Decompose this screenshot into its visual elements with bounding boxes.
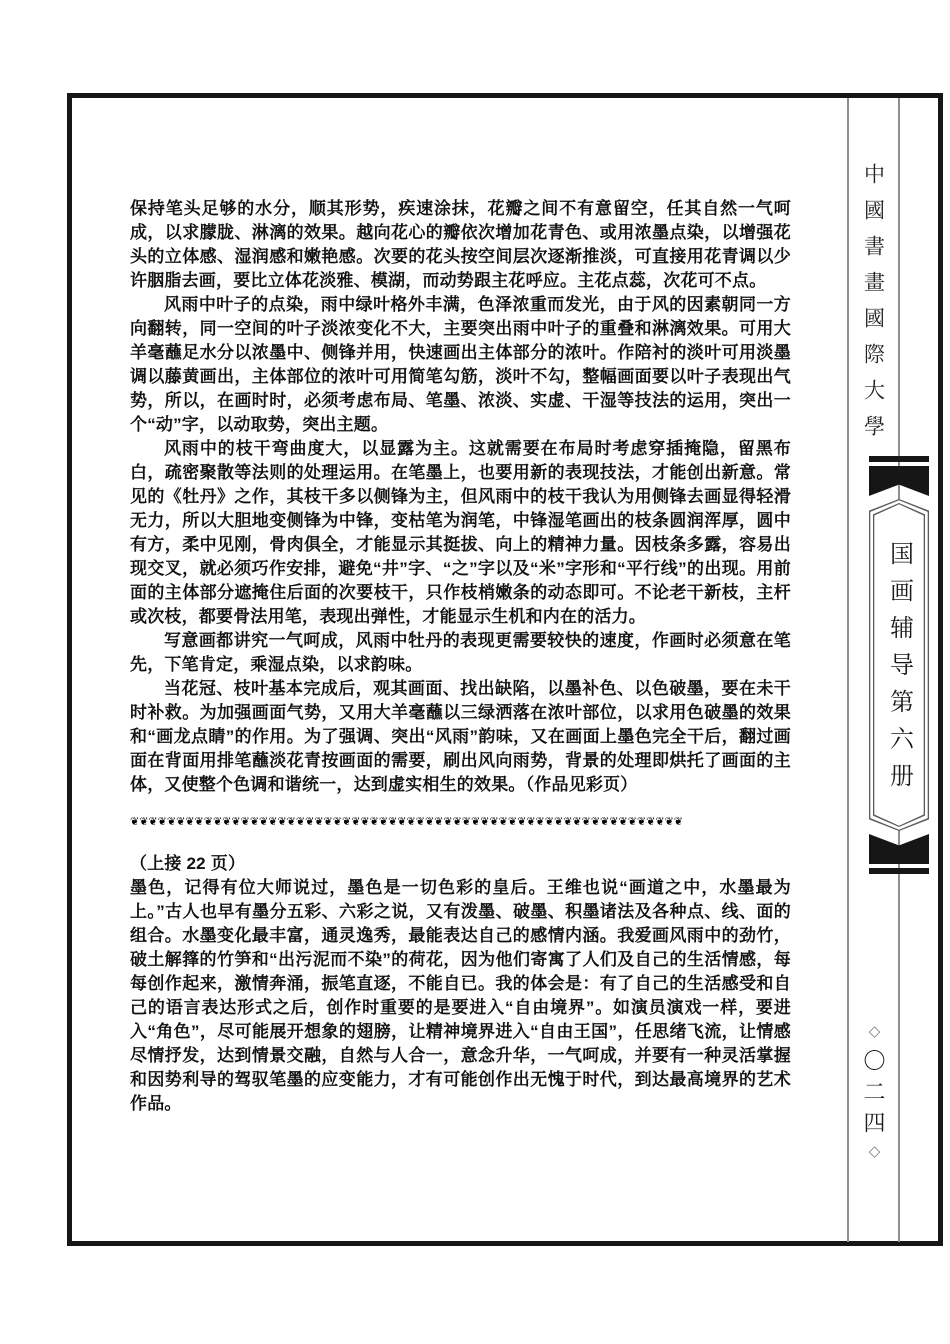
- banner-cartouche: 国画辅导第六册: [869, 499, 929, 831]
- banner-bottom-bar: [869, 868, 929, 874]
- diamond-icon: ◇: [865, 1142, 883, 1169]
- banner-ribbon-top-icon: [869, 466, 929, 496]
- paragraph: 写意画都讲究一气呵成，风雨中牡丹的表现更需要较快的速度，作画时必须意在笔先，下笔…: [130, 629, 791, 677]
- continuation-note: （上接 22 页）: [130, 852, 791, 876]
- institution-vertical-text: 中國書畫國際大學: [847, 152, 900, 462]
- paragraph: 风雨中的枝干弯曲度大，以显露为主。这就需要在布局时考虑穿插掩隐，留黑布白，疏密聚…: [130, 437, 791, 629]
- ornamental-divider: ❦❦❦❦❦❦❦❦❦❦❦❦❦❦❦❦❦❦❦❦❦❦❦❦❦❦❦❦❦❦❦❦❦❦❦❦❦❦❦❦…: [130, 815, 791, 830]
- paragraph: 风雨中叶子的点染，雨中绿叶格外丰满，色泽浓重而发光，由于风的因素朝同一方向翻转，…: [130, 293, 791, 437]
- diamond-icon: ◇: [865, 1022, 883, 1049]
- scanned-book-page: 保持笔头足够的水分，顺其形势，疾速涂抹，花瓣之间不有意留空，任其自然一气呵成，以…: [0, 0, 950, 1344]
- paragraph: 墨色，记得有位大师说过，墨色是一切色彩的皇后。王维也说“画道之中，水墨最为上。”…: [130, 876, 791, 1116]
- page-number-block: ◇〇二四◇: [845, 1010, 902, 1180]
- banner-top-bar: [869, 456, 929, 462]
- banner-ribbon-bottom-icon: [869, 834, 929, 864]
- volume-banner: 国画辅导第六册: [869, 456, 929, 874]
- paragraph: 当花冠、枝叶基本完成后，观其画面、找出缺陷，以墨补色、以色破墨，要在未干时补救。…: [130, 677, 791, 797]
- article-body: 保持笔头足够的水分，顺其形势，疾速涂抹，花瓣之间不有意留空，任其自然一气呵成，以…: [130, 197, 791, 1116]
- paragraph: 保持笔头足够的水分，顺其形势，疾速涂抹，花瓣之间不有意留空，任其自然一气呵成，以…: [130, 197, 791, 293]
- page-number: 〇二四: [858, 1049, 889, 1142]
- volume-title: 国画辅导第六册: [882, 531, 917, 800]
